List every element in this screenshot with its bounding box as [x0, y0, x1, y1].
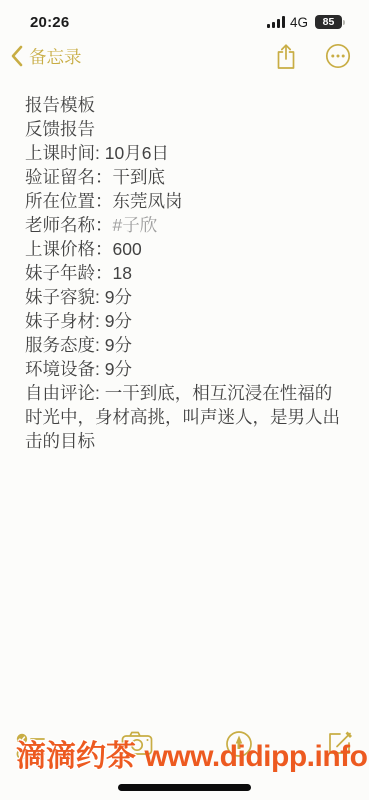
notes-toolbar — [0, 726, 369, 762]
note-line: 服务态度: 9分 — [25, 333, 347, 357]
cellular-signal-icon — [267, 16, 285, 28]
network-type-label: 4G — [290, 15, 308, 30]
back-button[interactable]: 备忘录 — [10, 44, 82, 69]
note-line-teacher: 老师名称：#子欣 — [25, 213, 347, 237]
back-button-label: 备忘录 — [29, 44, 82, 69]
note-line: 所在位置：东莞凤岗 — [25, 189, 347, 213]
note-line: 妹子容貌: 9分 — [25, 285, 347, 309]
teacher-name-tag: #子欣 — [113, 215, 158, 235]
note-line: 上课时间: 10月6日 — [25, 141, 347, 165]
checklist-icon[interactable] — [14, 730, 48, 762]
note-line: 上课价格：600 — [25, 237, 347, 261]
markup-icon[interactable] — [225, 730, 253, 758]
compose-icon[interactable] — [326, 730, 353, 757]
camera-icon[interactable] — [121, 730, 153, 756]
note-line: 验证留名：干到底 — [25, 165, 347, 189]
status-bar: 20:26 4G 85 — [0, 0, 369, 34]
note-line-label: 老师名称： — [25, 215, 113, 235]
nav-actions — [275, 43, 351, 70]
battery-icon: 85 — [315, 15, 345, 29]
home-indicator[interactable] — [118, 784, 251, 791]
share-icon[interactable] — [275, 43, 297, 70]
note-line: 环境设备: 9分 — [25, 357, 347, 381]
note-line: 反馈报告 — [25, 117, 347, 141]
clock: 20:26 — [30, 14, 69, 31]
note-title-line: 报告模板 — [25, 93, 347, 117]
status-indicators: 4G 85 — [267, 15, 345, 30]
more-options-icon[interactable] — [325, 43, 351, 69]
chevron-left-icon — [10, 45, 23, 67]
note-line: 妹子年龄：18 — [25, 261, 347, 285]
notes-app-screen: 20:26 4G 85 备 — [0, 0, 369, 800]
note-comment-line: 自由评论: 一干到底，相互沉浸在性福的时光中，身材高挑，叫声迷人，是男人出击的目… — [25, 381, 347, 453]
nav-bar: 备忘录 — [0, 34, 369, 78]
note-line: 妹子身材: 9分 — [25, 309, 347, 333]
note-content[interactable]: 报告模板 反馈报告 上课时间: 10月6日 验证留名：干到底 所在位置：东莞凤岗… — [0, 78, 369, 453]
battery-cap — [343, 20, 345, 25]
battery-percent: 85 — [315, 15, 342, 29]
